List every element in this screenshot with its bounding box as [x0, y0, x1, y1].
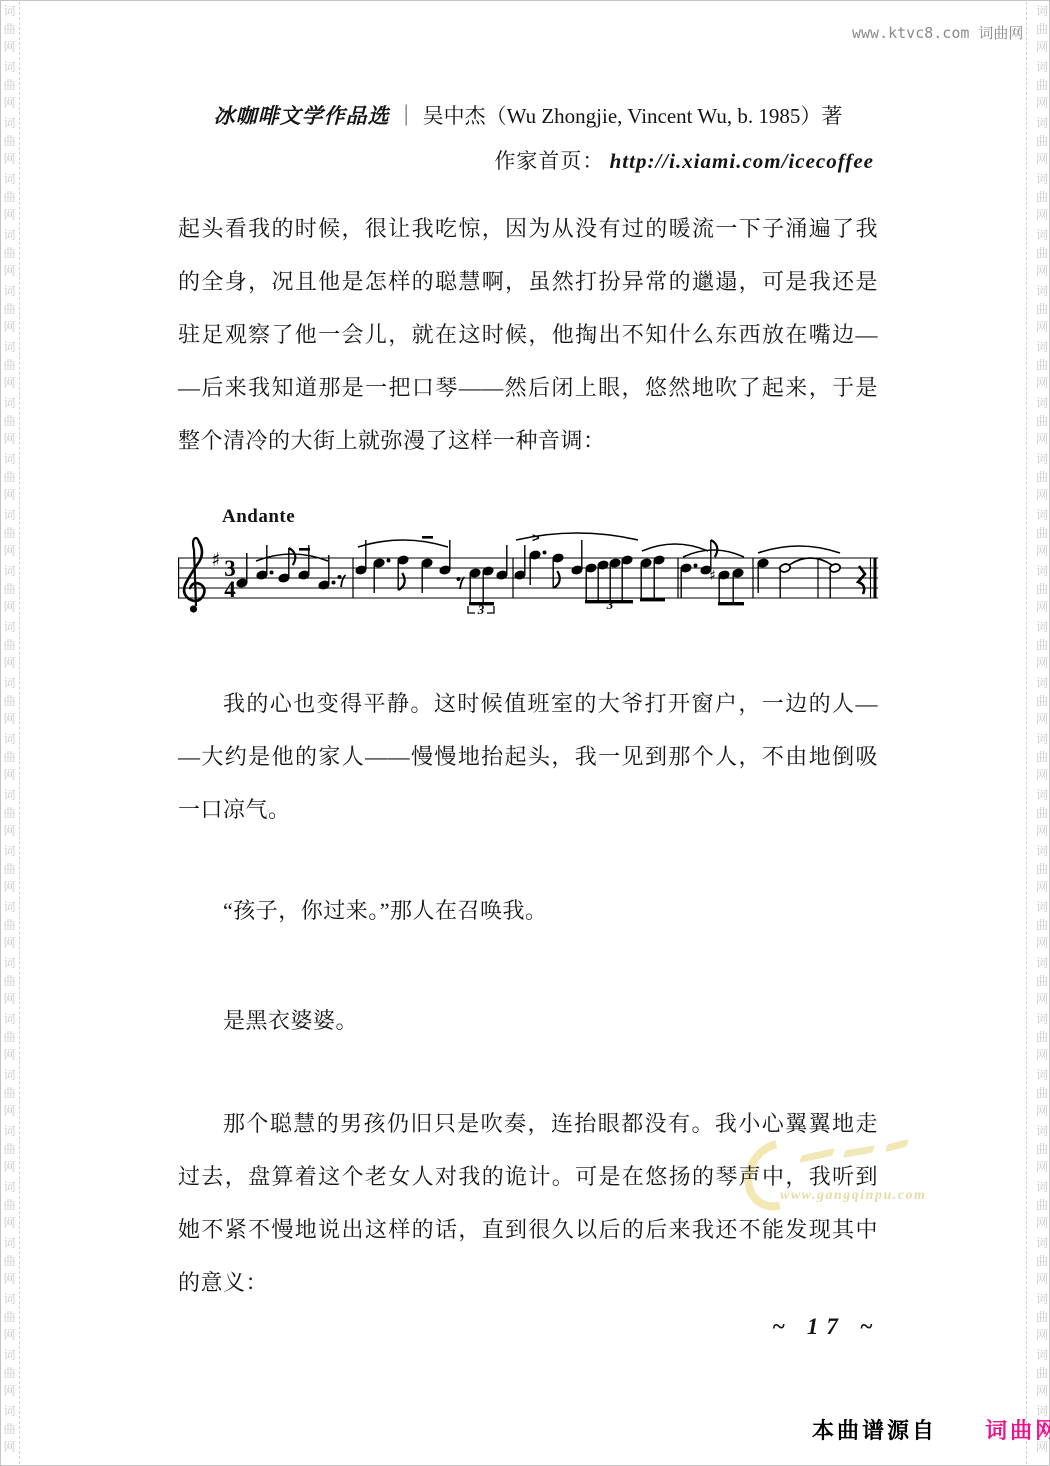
side-watermark-char: 网 [0, 822, 19, 840]
side-watermark-char: 词 [1031, 1234, 1050, 1252]
text-line: 起头看我的时候，很让我吃惊，因为从没有过的暖流一下子涌遍了我 [178, 202, 878, 255]
side-watermark-char: 曲 [0, 636, 19, 654]
side-watermark-char: 词 [0, 1122, 19, 1140]
side-watermark-group: 词曲网 [1031, 170, 1050, 224]
side-watermark-group: 词曲网 [0, 226, 19, 280]
svg-text:4: 4 [224, 577, 236, 602]
side-watermark-char: 词 [0, 2, 19, 20]
side-watermark-char: 曲 [0, 1252, 19, 1270]
side-watermark-group: 词曲网 [0, 786, 19, 840]
side-watermark-char: 网 [1031, 878, 1050, 896]
side-watermark-group: 词曲网 [1031, 618, 1050, 672]
side-watermark-char: 曲 [1031, 76, 1050, 94]
side-watermark-char: 曲 [1031, 1364, 1050, 1382]
text-line: —后来我知道那是一把口琴——然后闭上眼，悠然地吹了起来，于是 [178, 361, 878, 414]
treble-clef-icon [184, 538, 204, 613]
side-watermark-char: 曲 [1031, 524, 1050, 542]
side-watermark-char: 网 [0, 766, 19, 784]
side-watermark-group: 词曲网 [1031, 450, 1050, 504]
side-watermark-group: 词曲网 [1031, 842, 1050, 896]
side-watermark-group: 词曲网 [0, 562, 19, 616]
side-watermark-char: 网 [1031, 38, 1050, 56]
side-watermark-char: 词 [0, 730, 19, 748]
side-watermark-char: 词 [0, 114, 19, 132]
side-watermark-char: 词 [0, 898, 19, 916]
side-watermark-char: 曲 [1031, 356, 1050, 374]
side-watermark-group: 词曲网 [1031, 674, 1050, 728]
side-watermark-char: 曲 [0, 20, 19, 38]
side-watermark-group: 词曲网 [1031, 338, 1050, 392]
side-watermark-char: 网 [0, 486, 19, 504]
side-watermark-group: 词曲网 [0, 1234, 19, 1288]
side-watermark-char: 曲 [0, 1364, 19, 1382]
side-watermark-char: 曲 [1031, 300, 1050, 318]
side-watermark-group: 词曲网 [0, 114, 19, 168]
side-watermark-char: 网 [1031, 1326, 1050, 1344]
side-watermark-group: 词曲网 [0, 506, 19, 560]
side-watermark-char: 网 [0, 430, 19, 448]
side-watermark-char: 网 [1031, 1270, 1050, 1288]
side-watermark-char: 词 [1031, 674, 1050, 692]
paragraph-5: 那个聪慧的男孩仍旧只是吹奏，连抬眼都没有。我小心翼翼地走过去，盘算着这个老女人对… [178, 1097, 878, 1309]
side-watermark-char: 网 [1031, 318, 1050, 336]
side-watermark-char: 曲 [1031, 580, 1050, 598]
side-watermark-group: 词曲网 [0, 282, 19, 336]
side-watermark-char: 曲 [0, 1084, 19, 1102]
side-watermark-char: 网 [1031, 150, 1050, 168]
side-watermark-group: 词曲网 [0, 394, 19, 448]
side-watermark-char: 词 [0, 1290, 19, 1308]
side-watermark-char: 曲 [0, 76, 19, 94]
svg-text:3: 3 [606, 597, 614, 612]
side-watermark-char: 网 [1031, 542, 1050, 560]
side-watermark-group: 词曲网 [1031, 898, 1050, 952]
side-watermark-char: 网 [0, 38, 19, 56]
text-line: 驻足观察了他一会儿，就在这时候，他掏出不知什么东西放在嘴边— [178, 308, 878, 361]
side-watermark-char: 网 [0, 542, 19, 560]
side-watermark-char: 曲 [0, 468, 19, 486]
side-watermark-char: 词 [0, 338, 19, 356]
side-watermark-char: 网 [0, 262, 19, 280]
side-watermark-group: 词曲网 [1031, 1066, 1050, 1120]
side-watermark-group: 词曲网 [0, 1122, 19, 1176]
side-watermark-char: 曲 [0, 300, 19, 318]
side-watermark-group: 词曲网 [1031, 1010, 1050, 1064]
side-watermark-char: 曲 [0, 748, 19, 766]
side-watermark-char: 网 [0, 654, 19, 672]
side-watermark-group: 词曲网 [0, 1346, 19, 1400]
side-watermark-char: 曲 [0, 1308, 19, 1326]
side-watermark-group: 词曲网 [1031, 1178, 1050, 1232]
side-watermark-char: 网 [1031, 1102, 1050, 1120]
side-watermark-char: 曲 [1031, 132, 1050, 150]
side-watermark-char: 曲 [1031, 188, 1050, 206]
side-watermark-char: 网 [1031, 1158, 1050, 1176]
side-watermark-group: 词曲网 [1031, 1346, 1050, 1400]
page-number: ~ 17 ~ [772, 1314, 881, 1340]
side-watermark-group: 词曲网 [0, 170, 19, 224]
side-watermark-char: 网 [1031, 766, 1050, 784]
side-watermark-group: 词曲网 [1031, 506, 1050, 560]
side-watermark-char: 曲 [1031, 860, 1050, 878]
side-watermark-char: 词 [1031, 1010, 1050, 1028]
side-watermark-char: 曲 [0, 580, 19, 598]
side-watermark-char: 词 [0, 1066, 19, 1084]
side-watermark-char: 词 [0, 450, 19, 468]
side-watermark-char: 网 [0, 374, 19, 392]
side-watermark-char: 词 [0, 1402, 19, 1420]
side-watermark-char: 曲 [1031, 916, 1050, 934]
side-watermark-char: 词 [1031, 1066, 1050, 1084]
side-watermark-char: 曲 [1031, 692, 1050, 710]
side-watermark-char: 词 [1031, 562, 1050, 580]
side-watermark-char: 词 [1031, 506, 1050, 524]
side-watermark-char: 网 [0, 1214, 19, 1232]
side-watermark-char: 曲 [1031, 972, 1050, 990]
side-watermark-char: 曲 [0, 1420, 19, 1438]
side-watermark-char: 网 [1031, 262, 1050, 280]
text-line: 的意义： [178, 1256, 878, 1309]
side-watermark-char: 词 [1031, 1122, 1050, 1140]
side-watermark-group: 词曲网 [1031, 226, 1050, 280]
homepage-label: 作家首页： [494, 149, 604, 173]
svg-text:>: > [532, 530, 540, 545]
side-watermark-char: 词 [1031, 1290, 1050, 1308]
side-watermark-char: 词 [1031, 450, 1050, 468]
side-watermark-char: 曲 [1031, 636, 1050, 654]
side-watermark-char: 词 [0, 954, 19, 972]
side-watermark-group: 词曲网 [0, 1178, 19, 1232]
side-watermark-char: 曲 [1031, 1252, 1050, 1270]
side-watermark-group: 词曲网 [1031, 114, 1050, 168]
side-watermark-group: 词曲网 [0, 2, 19, 56]
paragraph-4: 是黑衣婆婆。 [178, 994, 878, 1047]
side-watermark-char: 网 [0, 934, 19, 952]
side-watermark-group: 词曲网 [1031, 282, 1050, 336]
side-watermark-char: 曲 [1031, 412, 1050, 430]
side-watermark-char: 网 [0, 990, 19, 1008]
side-watermark-char: 词 [1031, 394, 1050, 412]
side-watermark-char: 词 [1031, 338, 1050, 356]
music-staff: ♯34>♯33 [178, 530, 878, 628]
side-watermark-group: 词曲网 [0, 898, 19, 952]
side-watermark-group: 词曲网 [0, 58, 19, 112]
side-watermark-char: 网 [1031, 990, 1050, 1008]
side-watermark-char: 词 [1031, 730, 1050, 748]
side-watermark-char: 网 [0, 94, 19, 112]
tempo-marking: Andante [222, 506, 878, 528]
side-watermark-char: 网 [0, 318, 19, 336]
side-watermark-group: 词曲网 [0, 674, 19, 728]
text-line: 她不紧不慢地说出这样的话，直到很久以后的后来我还不能发现其中 [178, 1203, 878, 1256]
side-watermark-char: 网 [1031, 1214, 1050, 1232]
side-watermark-char: 词 [1031, 114, 1050, 132]
text-line: —大约是他的家人——慢慢地抬起头，我一见到那个人，不由地倒吸 [178, 730, 878, 783]
watermark-glyph-stroke [885, 1139, 909, 1152]
side-watermark-char: 词 [0, 562, 19, 580]
side-watermark-char: 词 [1031, 170, 1050, 188]
text-line: 一口凉气。 [178, 783, 878, 836]
side-watermark-char: 词 [0, 1178, 19, 1196]
side-watermark-group: 词曲网 [1031, 1290, 1050, 1344]
paragraph-3: “孩子，你过来。”那人在召唤我。 [178, 884, 878, 937]
side-watermark-char: 词 [1031, 618, 1050, 636]
side-watermark-char: 网 [0, 1326, 19, 1344]
side-watermark-char: 词 [1031, 1178, 1050, 1196]
side-watermark-char: 曲 [0, 1028, 19, 1046]
side-watermark-char: 词 [0, 1346, 19, 1364]
side-watermark-char: 网 [1031, 1382, 1050, 1400]
side-watermark-char: 曲 [1031, 748, 1050, 766]
side-watermark-group: 词曲网 [0, 450, 19, 504]
document-header: 冰咖啡文学作品选｜吴中杰（Wu Zhongjie, Vincent Wu, b.… [178, 100, 878, 175]
side-watermark-char: 词 [0, 58, 19, 76]
side-watermark-char: 网 [0, 1382, 19, 1400]
side-watermark-char: 曲 [1031, 1028, 1050, 1046]
side-watermark-char: 曲 [1031, 244, 1050, 262]
side-watermark-char: 曲 [1031, 1196, 1050, 1214]
side-watermark-char: 曲 [1031, 20, 1050, 38]
notes: >♯ [236, 530, 865, 604]
title-separator: ｜ [390, 104, 423, 128]
side-watermark-char: 词 [1031, 954, 1050, 972]
text-line: 我的心也变得平静。这时候值班室的大爷打开窗户，一边的人— [178, 677, 878, 730]
homepage-line: 作家首页： http://i.xiami.com/icecoffee [178, 145, 878, 175]
side-watermark-char: 词 [0, 842, 19, 860]
side-watermark-char: 词 [0, 394, 19, 412]
svg-text:♯: ♯ [709, 568, 716, 584]
scanned-document-page: { "page": { "top_watermark": "www.ktvc8.… [0, 0, 1050, 1466]
side-watermark-group: 词曲网 [1031, 954, 1050, 1008]
side-watermark-char: 网 [1031, 822, 1050, 840]
footer-credit-text: 本曲谱源自 [812, 1418, 937, 1443]
side-watermark-char: 曲 [0, 804, 19, 822]
side-watermark-char: 曲 [0, 916, 19, 934]
side-watermark-char: 曲 [0, 972, 19, 990]
side-watermark-char: 词 [1031, 282, 1050, 300]
side-watermark-char: 曲 [0, 356, 19, 374]
side-watermark-char: 词 [0, 170, 19, 188]
paragraph-2: 我的心也变得平静。这时候值班室的大爷打开窗户，一边的人——大约是他的家人——慢慢… [178, 677, 878, 836]
side-watermark-group: 词曲网 [0, 1402, 19, 1456]
key-time-signature: ♯34 [211, 549, 236, 602]
music-score-block: Andante ♯34>♯33 [178, 506, 878, 628]
side-watermark-char: 网 [0, 1438, 19, 1456]
side-watermark-char: 曲 [0, 1196, 19, 1214]
side-watermark-group: 词曲网 [0, 618, 19, 672]
side-watermark-char: 曲 [0, 1140, 19, 1158]
side-watermark-char: 词 [1031, 2, 1050, 20]
side-watermark-char: 网 [0, 1102, 19, 1120]
side-watermark-char: 曲 [0, 188, 19, 206]
side-watermark-group: 词曲网 [0, 1010, 19, 1064]
side-watermark-char: 词 [0, 226, 19, 244]
side-watermark-char: 网 [0, 150, 19, 168]
text-line: 那个聪慧的男孩仍旧只是吹奏，连抬眼都没有。我小心翼翼地走 [178, 1097, 878, 1150]
side-watermark-group: 词曲网 [0, 1066, 19, 1120]
collection-title: 冰咖啡文学作品选 [214, 104, 390, 128]
side-watermark-char: 词 [1031, 786, 1050, 804]
text-line: 过去，盘算着这个老女人对我的诡计。可是在悠扬的琴声中，我听到 [178, 1150, 878, 1203]
text-line: 整个清冷的大街上就弥漫了这样一种音调： [178, 414, 878, 467]
side-watermark-char: 网 [0, 206, 19, 224]
side-watermark-char: 曲 [1031, 1084, 1050, 1102]
header-title-line: 冰咖啡文学作品选｜吴中杰（Wu Zhongjie, Vincent Wu, b.… [178, 100, 878, 130]
side-watermark-char: 词 [1031, 898, 1050, 916]
side-watermark-char: 曲 [0, 692, 19, 710]
side-watermark-group: 词曲网 [1031, 786, 1050, 840]
side-watermark-char: 网 [1031, 934, 1050, 952]
side-watermark-char: 曲 [1031, 1140, 1050, 1158]
top-site-watermark: www.ktvc8.com 词曲网 [852, 22, 1023, 43]
side-watermark-group: 词曲网 [1031, 58, 1050, 112]
side-watermark-char: 曲 [1031, 468, 1050, 486]
side-watermark-group: 词曲网 [0, 1290, 19, 1344]
side-watermark-char: 词 [0, 1010, 19, 1028]
side-watermark-group: 词曲网 [0, 338, 19, 392]
side-watermark-char: 网 [1031, 1046, 1050, 1064]
side-watermark-char: 词 [0, 282, 19, 300]
side-watermark-char: 网 [0, 1270, 19, 1288]
side-watermark-char: 曲 [0, 412, 19, 430]
side-watermark-group: 词曲网 [0, 842, 19, 896]
side-watermark-char: 网 [0, 598, 19, 616]
side-watermark-char: 词 [0, 618, 19, 636]
side-watermark-char: 曲 [0, 524, 19, 542]
author-credit: 吴中杰（Wu Zhongjie, Vincent Wu, b. 1985）著 [423, 104, 843, 128]
side-watermark-char: 网 [0, 710, 19, 728]
right-watermark-column: 词曲网词曲网词曲网词曲网词曲网词曲网词曲网词曲网词曲网词曲网词曲网词曲网词曲网词… [1026, 2, 1050, 1464]
side-watermark-group: 词曲网 [0, 730, 19, 784]
side-watermark-char: 网 [1031, 598, 1050, 616]
side-watermark-char: 曲 [1031, 804, 1050, 822]
side-watermark-char: 词 [0, 786, 19, 804]
side-watermark-char: 曲 [1031, 1308, 1050, 1326]
side-watermark-char: 词 [1031, 58, 1050, 76]
side-watermark-char: 网 [1031, 430, 1050, 448]
left-watermark-column: 词曲网词曲网词曲网词曲网词曲网词曲网词曲网词曲网词曲网词曲网词曲网词曲网词曲网词… [0, 2, 20, 1464]
side-watermark-char: 网 [0, 1158, 19, 1176]
side-watermark-char: 词 [0, 1234, 19, 1252]
side-watermark-char: 网 [1031, 94, 1050, 112]
footer-credit-line: 本曲谱源自 词曲网 [812, 1414, 1050, 1445]
side-watermark-char: 网 [1031, 710, 1050, 728]
side-watermark-char: 曲 [0, 860, 19, 878]
side-watermark-char: 网 [1031, 486, 1050, 504]
side-watermark-group: 词曲网 [1031, 562, 1050, 616]
side-watermark-char: 曲 [0, 132, 19, 150]
side-watermark-char: 词 [1031, 226, 1050, 244]
svg-text:3: 3 [477, 602, 485, 617]
side-watermark-char: 词 [1031, 1346, 1050, 1364]
side-watermark-char: 曲 [0, 244, 19, 262]
side-watermark-group: 词曲网 [1031, 730, 1050, 784]
text-line: “孩子，你过来。”那人在召唤我。 [178, 884, 878, 937]
side-watermark-char: 词 [0, 506, 19, 524]
side-watermark-char: 词 [0, 674, 19, 692]
side-watermark-char: 词 [1031, 842, 1050, 860]
text-line: 的全身，况且他是怎样的聪慧啊，虽然打扮异常的邋遢，可是我还是 [178, 255, 878, 308]
footer-site-name: 词曲网 [985, 1418, 1050, 1443]
homepage-url: http://i.xiami.com/icecoffee [610, 149, 874, 173]
side-watermark-char: 网 [1031, 206, 1050, 224]
side-watermark-group: 词曲网 [1031, 2, 1050, 56]
side-watermark-char: 网 [0, 878, 19, 896]
side-watermark-group: 词曲网 [1031, 394, 1050, 448]
side-watermark-char: 网 [1031, 374, 1050, 392]
paragraph-1: 起头看我的时候，很让我吃惊，因为从没有过的暖流一下子涌遍了我的全身，况且他是怎样… [178, 202, 878, 467]
svg-text:♯: ♯ [211, 549, 220, 571]
text-line: 是黑衣婆婆。 [178, 994, 878, 1047]
side-watermark-group: 词曲网 [1031, 1122, 1050, 1176]
side-watermark-char: 网 [0, 1046, 19, 1064]
side-watermark-group: 词曲网 [0, 954, 19, 1008]
side-watermark-char: 网 [1031, 654, 1050, 672]
side-watermark-group: 词曲网 [1031, 1234, 1050, 1288]
